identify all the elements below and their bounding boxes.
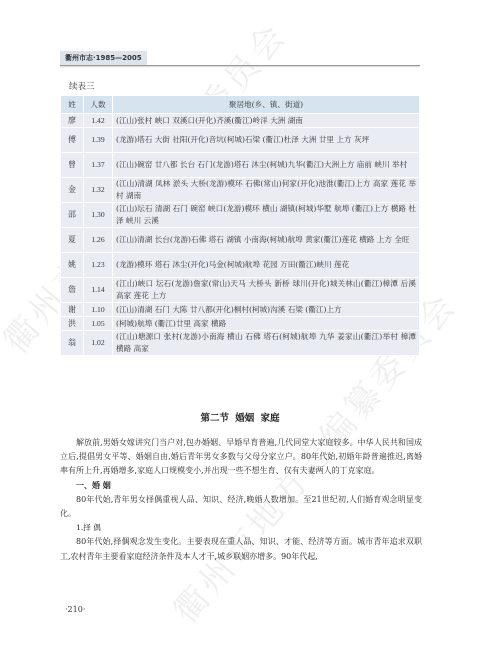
cell-surname: 邵 (61, 203, 84, 228)
cell-surname: 傅 (61, 128, 84, 153)
intro-paragraph: 解放前,男婚女嫁讲究门当户对,包办婚姻、早婚早育普遍,几代同堂大家庭较多。中华人… (60, 436, 422, 479)
cell-surname: 姚 (61, 253, 84, 278)
cell-places: (江山)峡口 坛石(龙游)詹家(常山)天马 大桥头 新桥 球川(开化)城关林山(… (113, 278, 420, 303)
table-row: 姚 1.23 (龙游)模环 塔石 沐尘(开化)马金(柯城)航埠 花园 万田(衢江… (61, 253, 420, 278)
cell-surname: 谢 (61, 303, 84, 317)
cell-count: 1.42 (84, 114, 113, 128)
cell-count: 1.02 (84, 331, 113, 356)
header-rule (60, 65, 420, 66)
body-text-block: 解放前,男婚女嫁讲究门当户对,包办婚姻、早婚早育普遍,几代同堂大家庭较多。中华人… (60, 436, 422, 564)
cell-places: (江山)坛石 清湖 石门 碗窑 峡口(龙游)模环 横山 湖镇(柯城)华墅 航埠 … (113, 203, 420, 228)
cell-count: 1.32 (84, 178, 113, 203)
page-number: ·210· (65, 605, 85, 614)
cell-places: (江山)塘源口 张村(龙游)小南海 横山 石佛 塔石(柯城)航埠 九华 姜家山(… (113, 331, 420, 356)
table-row: 夏 1.26 (江山)清湖 长台(龙游)石佛 塔石 湖镇 小南海(柯城)航埠 黄… (61, 228, 420, 253)
table-caption: 续表三 (69, 80, 95, 92)
cell-count: 1.37 (84, 153, 113, 178)
running-head-title: 衢州市志·1985—2005 (60, 51, 147, 65)
cell-count: 1.05 (84, 317, 113, 331)
cell-surname: 翁 (61, 331, 84, 356)
table-row: 洪 1.05 (柯城)航埠 (衢江)廿里 高家 横路 (61, 317, 420, 331)
cell-places: (龙游)模环 塔石 沐尘(开化)马金(柯城)航埠 花园 万田(衢江)峡川 莲花 (113, 253, 420, 278)
table-row: 傅 1.39 (龙游)塔石 大街 社阳(开化)音坑(柯城)石梁 (衢江)杜泽 大… (61, 128, 420, 153)
cell-places: (龙游)塔石 大街 社阳(开化)音坑(柯城)石梁 (衢江)杜泽 大洲 廿里 上方… (113, 128, 420, 153)
column-header-surname: 姓 (61, 96, 84, 114)
cell-surname: 洪 (61, 317, 84, 331)
column-header-places: 聚居地(乡、镇、街道) (113, 96, 420, 114)
cell-count: 1.23 (84, 253, 113, 278)
table-row: 邵 1.30 (江山)坛石 清湖 石门 碗窑 峡口(龙游)模环 横山 湖镇(柯城… (61, 203, 420, 228)
table-row: 谢 1.10 (江山)清湖 石门 大陈 廿八都(开化)桐村(柯城)沟溪 石梁 (… (61, 303, 420, 317)
cell-surname: 詹 (61, 278, 84, 303)
subsection-paragraph: 80年代始,青年男女择偶重视人品、知识、经济,晚婚人数增加。至21世纪初,人们婚… (60, 493, 422, 521)
table-header-row: 姓 人数 聚居地(乡、镇、街道) (61, 96, 420, 114)
cell-surname: 夏 (61, 228, 84, 253)
cell-places: (江山)张村 峡口 双溪口(开化)齐溪(衢江)岭洋 大洲 湖南 (113, 114, 420, 128)
table-row: 翁 1.02 (江山)塘源口 张村(龙游)小南海 横山 石佛 塔石(柯城)航埠 … (61, 331, 420, 356)
subsection-heading: 一、婚 姻 (60, 479, 422, 493)
minor-heading: 1.择 偶 (60, 521, 422, 535)
table-row: 金 1.32 (江山)清湖 凤林 淤头 大桥(龙游)模环 石佛(常山)何家(开化… (61, 178, 420, 203)
table-row: 曾 1.37 (江山)碗窑 廿八都 长台 石门(龙游)塔石 沐尘(柯城)九华(衢… (61, 153, 420, 178)
cell-count: 1.30 (84, 203, 113, 228)
cell-count: 1.39 (84, 128, 113, 153)
table-row: 廖 1.42 (江山)张村 峡口 双溪口(开化)齐溪(衢江)岭洋 大洲 湖南 (61, 114, 420, 128)
cell-count: 1.10 (84, 303, 113, 317)
section-title: 第二节 婚姻 家庭 (0, 410, 480, 424)
column-header-count: 人数 (84, 96, 113, 114)
cell-surname: 廖 (61, 114, 84, 128)
cell-count: 1.26 (84, 228, 113, 253)
cell-places: (江山)清湖 长台(龙游)石佛 塔石 湖镇 小南海(柯城)航埠 黄家(衢江)莲花… (113, 228, 420, 253)
cell-surname: 金 (61, 178, 84, 203)
cell-places: (江山)碗窑 廿八都 长台 石门(龙游)塔石 沐尘(柯城)九华(衢江)大洲上方 … (113, 153, 420, 178)
cell-places: (江山)清湖 凤林 淤头 大桥(龙游)模环 石佛(常山)何家(开化)池淮(衢江)… (113, 178, 420, 203)
cell-places: (柯城)航埠 (衢江)廿里 高家 横路 (113, 317, 420, 331)
minor-paragraph: 80年代始,择偶观念发生变化。主要表现在重人品、知识、才能、经济等方面。城市青年… (60, 535, 422, 563)
table-row: 詹 1.14 (江山)峡口 坛石(龙游)詹家(常山)天马 大桥头 新桥 球川(开… (61, 278, 420, 303)
cell-surname: 曾 (61, 153, 84, 178)
cell-count: 1.14 (84, 278, 113, 303)
surname-settlement-table: 姓 人数 聚居地(乡、镇、街道) 廖 1.42 (江山)张村 峡口 双溪口(开化… (60, 95, 420, 356)
cell-places: (江山)清湖 石门 大陈 廿八都(开化)桐村(柯城)沟溪 石梁 (衢江)上方 (113, 303, 420, 317)
